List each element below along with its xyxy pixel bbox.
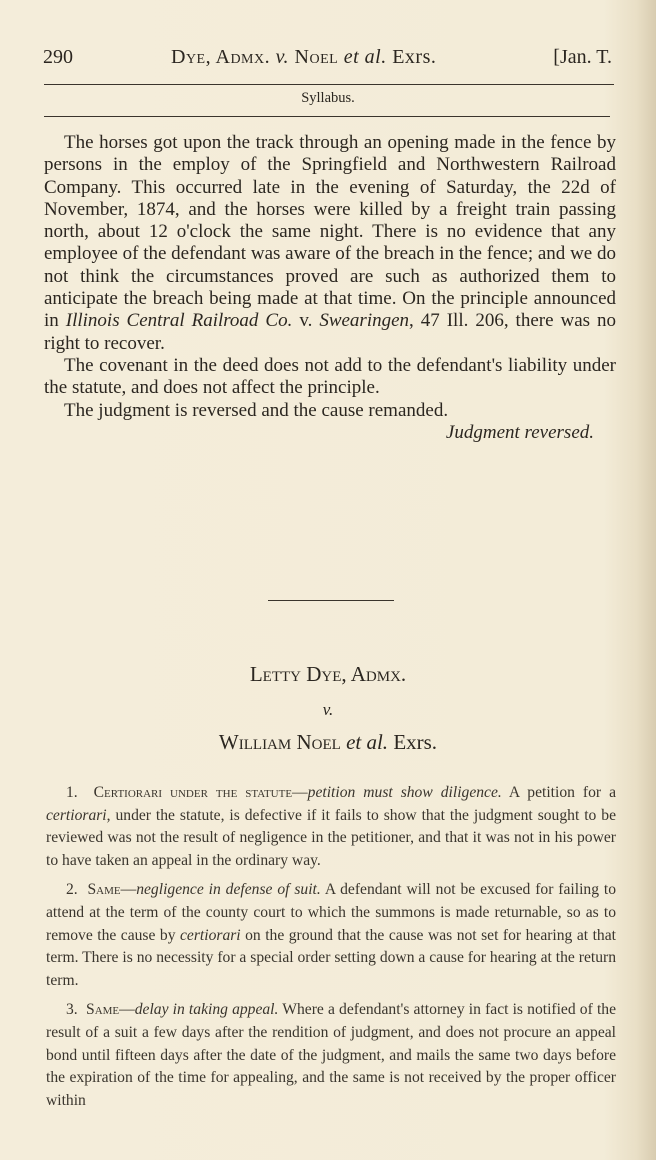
running-title: Dye, Admx. v. Noel et al. Exrs. [171,46,436,69]
disposition: Judgment reversed. [44,422,616,444]
book-page: 290 Dye, Admx. v. Noel et al. Exrs. [Jan… [0,0,656,1160]
case-appellant: Letty Dye, Admx. [0,662,656,687]
header-rule-bottom [44,116,610,117]
previous-case-text: The horses got upon the track through an… [44,132,616,444]
paragraph: The judgment is reversed and the cause r… [44,400,616,422]
case-appellee: William Noel et al. Exrs. [0,730,656,755]
headnote-1: 1. Certiorari under the statute—petition… [46,782,616,872]
term-label: [Jan. T. [553,46,612,69]
page-number: 290 [43,46,73,69]
headnote-2: 2. Same—negligence in defense of suit. A… [46,879,616,992]
section-divider [268,600,394,601]
header-rule-top [44,84,614,85]
running-head: 290 Dye, Admx. v. Noel et al. Exrs. [Jan… [43,44,618,74]
case-versus: v. [0,700,656,720]
paragraph: The horses got upon the track through an… [44,132,616,355]
headnote-3: 3. Same—delay in taking appeal. Where a … [46,999,616,1112]
case-citation: Illinois Central Railroad Co. [66,310,293,331]
headnotes: 1. Certiorari under the statute—petition… [46,782,616,1119]
section-label: Syllabus. [0,90,656,107]
case-citation: Swearingen [319,310,409,331]
paragraph: The covenant in the deed does not add to… [44,355,616,400]
